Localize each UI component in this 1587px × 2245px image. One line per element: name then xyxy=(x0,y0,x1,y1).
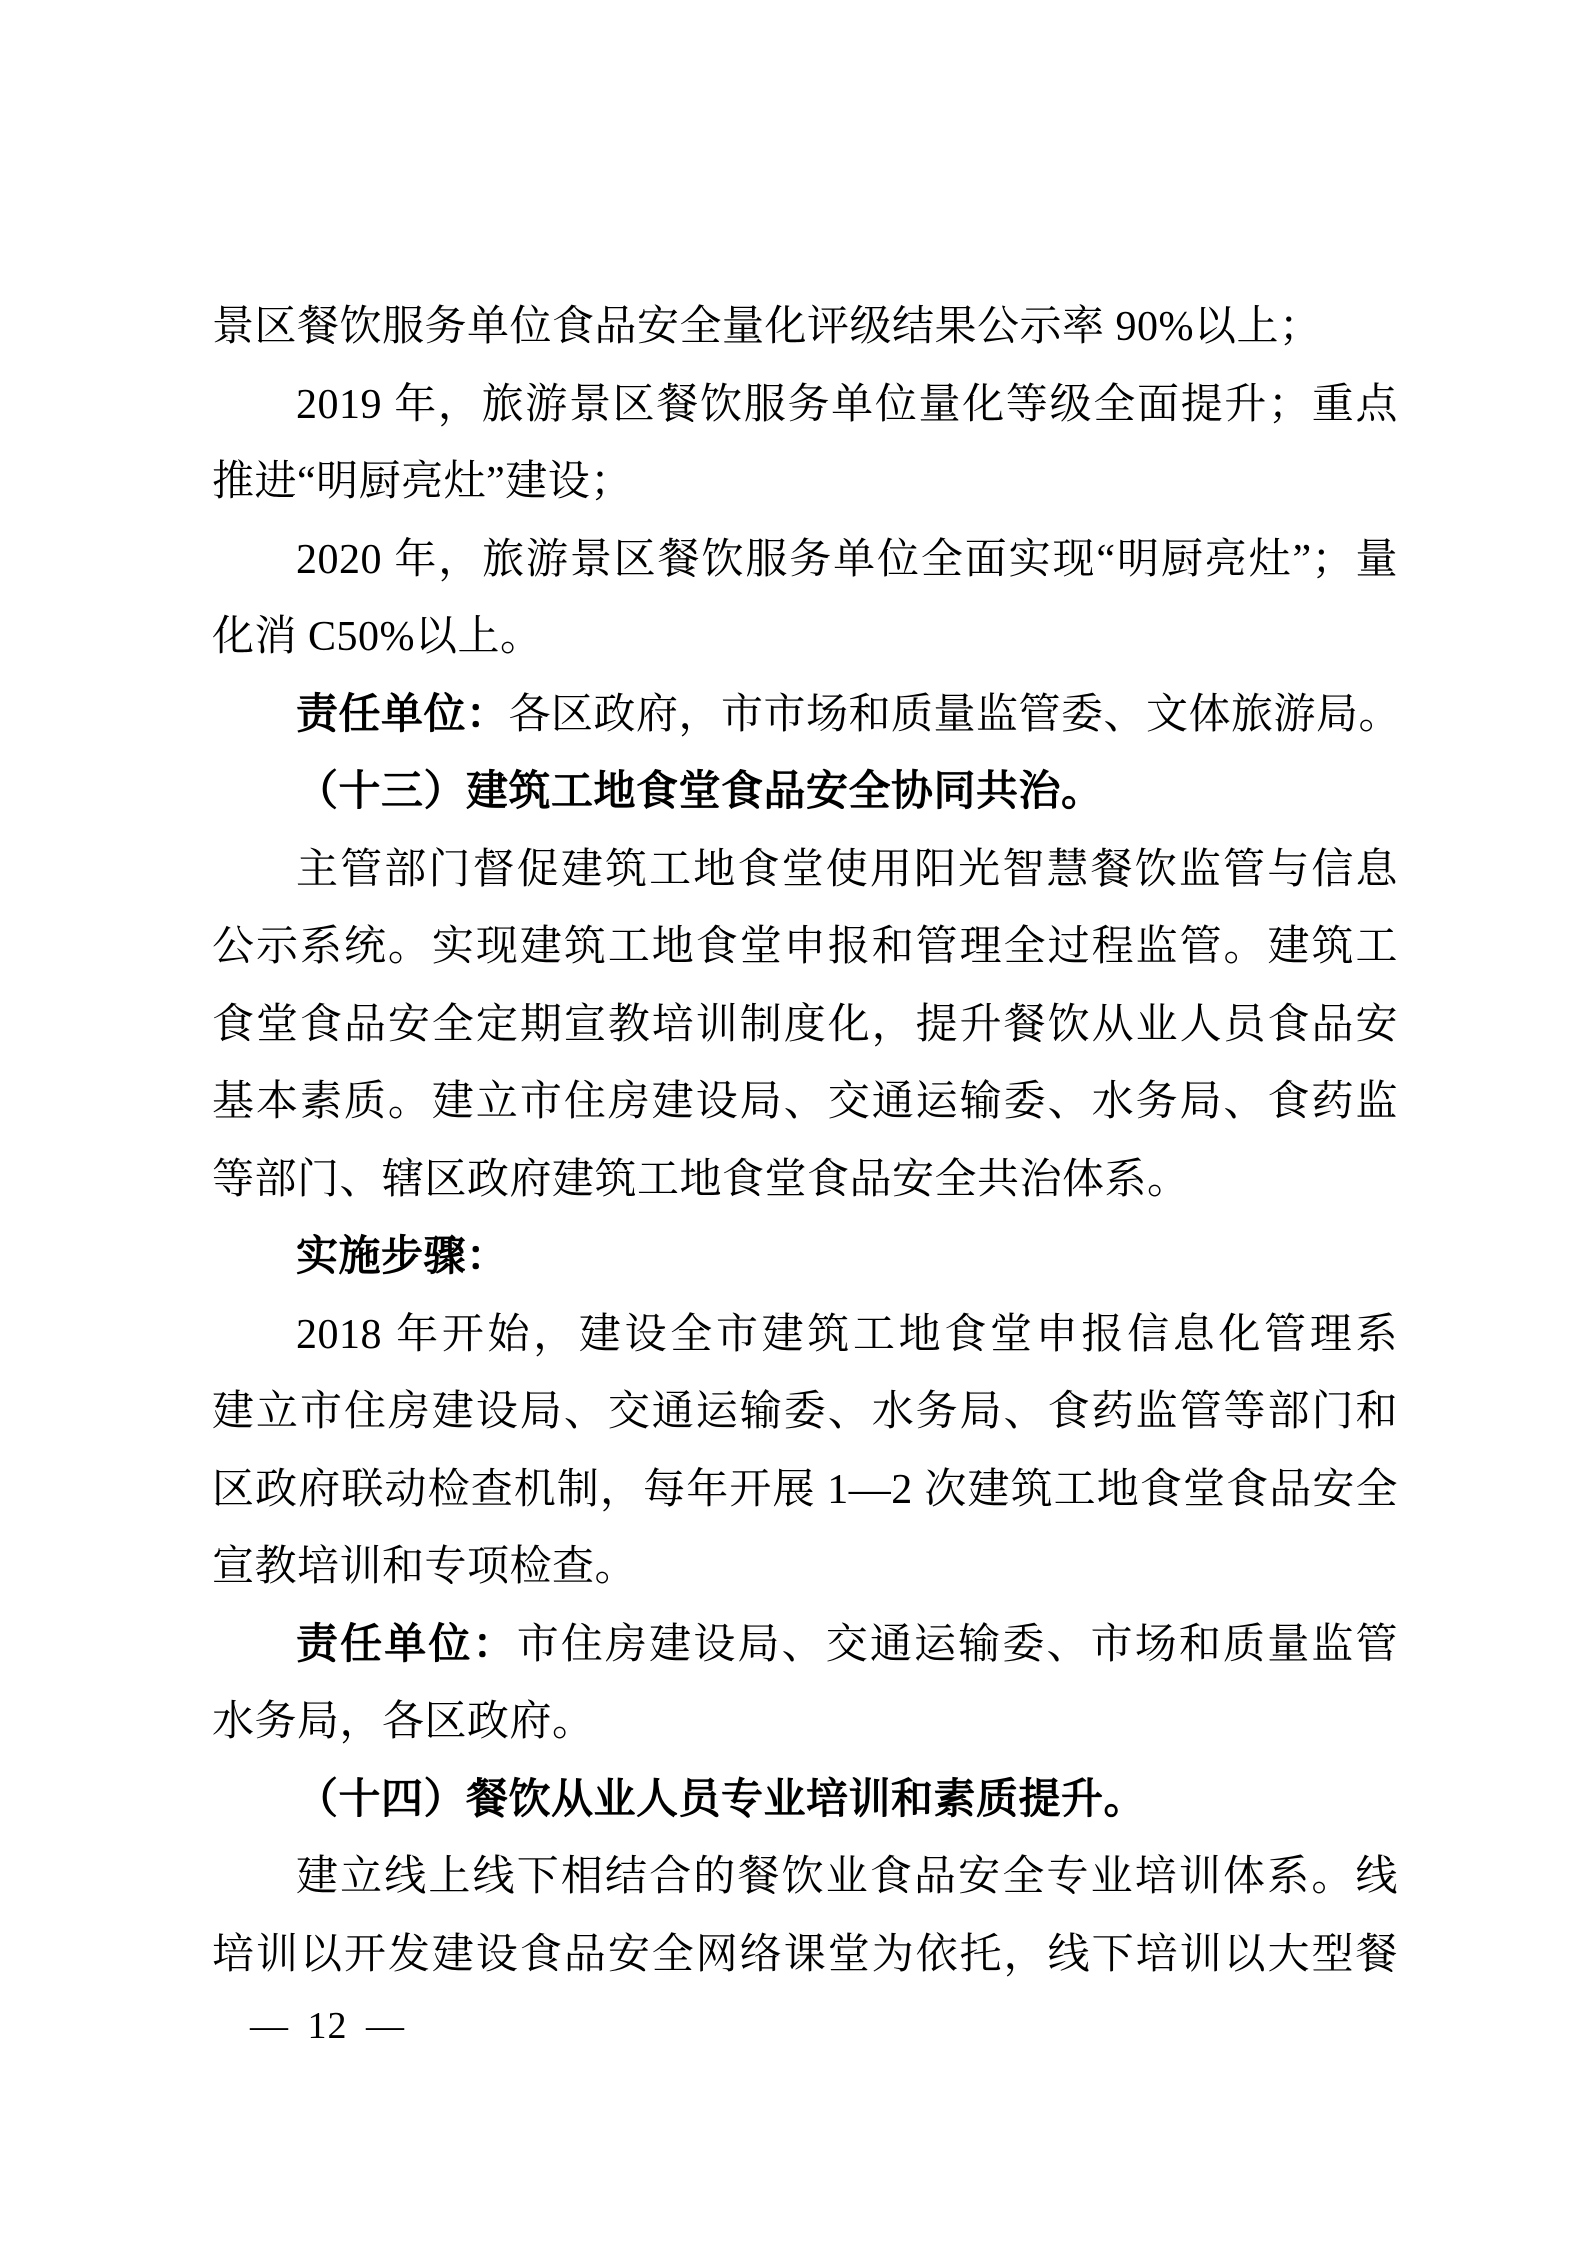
body-line: 区政府联动检查机制，每年开展 1—2 次建筑工地食堂食品安全 xyxy=(212,1452,1398,1530)
body-line: 建立市住房建设局、交通运输委、水务局、食药监管等部门和辖 xyxy=(212,1374,1398,1452)
document-body: 景区餐饮服务单位食品安全量化评级结果公示率 90%以上； 2019 年，旅游景区… xyxy=(212,289,1398,1994)
body-line: 实施步骤： xyxy=(212,1219,1398,1297)
body-line: 2018 年开始，建设全市建筑工地食堂申报信息化管理系统； xyxy=(212,1297,1398,1375)
implementation-steps-label: 实施步骤： xyxy=(296,1234,509,1280)
body-line: 等部门、辖区政府建筑工地食堂食品安全共治体系。 xyxy=(212,1142,1398,1220)
body-line: 2019 年，旅游景区餐饮服务单位量化等级全面提升；重点 xyxy=(212,367,1398,445)
section-heading: （十四）餐饮从业人员专业培训和素质提升。 xyxy=(212,1762,1398,1840)
section-heading: （十三）建筑工地食堂食品安全协同共治。 xyxy=(212,754,1398,832)
body-line: 食堂食品安全定期宣教培训制度化，提升餐饮从业人员食品安全 xyxy=(212,987,1398,1065)
body-line: 水务局，各区政府。 xyxy=(212,1684,1398,1762)
body-line: 责任单位：市住房建设局、交通运输委、市场和质量监管委、 xyxy=(212,1607,1398,1685)
body-line: 2020 年，旅游景区餐饮服务单位全面实现“明厨亮灶”；量 xyxy=(212,522,1398,600)
body-line: 建立线上线下相结合的餐饮业食品安全专业培训体系。线上 xyxy=(212,1839,1398,1917)
responsible-unit-label: 责任单位： xyxy=(296,1622,517,1668)
responsible-unit-label: 责任单位： xyxy=(296,692,509,738)
document-page: 景区餐饮服务单位食品安全量化评级结果公示率 90%以上； 2019 年，旅游景区… xyxy=(0,0,1587,2245)
body-line: 景区餐饮服务单位食品安全量化评级结果公示率 90%以上； xyxy=(212,289,1398,367)
body-line: 责任单位：各区政府，市市场和质量监管委、文体旅游局。 xyxy=(212,677,1398,755)
page-number: — 12 — xyxy=(250,2006,405,2046)
body-line: 基本素质。建立市住房建设局、交通运输委、水务局、食药监管 xyxy=(212,1064,1398,1142)
body-line: 公示系统。实现建筑工地食堂申报和管理全过程监管。建筑工地 xyxy=(212,909,1398,987)
body-line: 化消 C50%以上。 xyxy=(212,599,1398,677)
body-line: 宣教培训和专项检查。 xyxy=(212,1529,1398,1607)
body-line: 主管部门督促建筑工地食堂使用阳光智慧餐饮监管与信息 xyxy=(212,832,1398,910)
responsible-unit-value: 各区政府，市市场和质量监管委、文体旅游局。 xyxy=(509,692,1398,738)
body-line: 推进“明厨亮灶”建设； xyxy=(212,444,1398,522)
body-line: 培训以开发建设食品安全网络课堂为依托，线下培训以大型餐饮 xyxy=(212,1917,1398,1995)
